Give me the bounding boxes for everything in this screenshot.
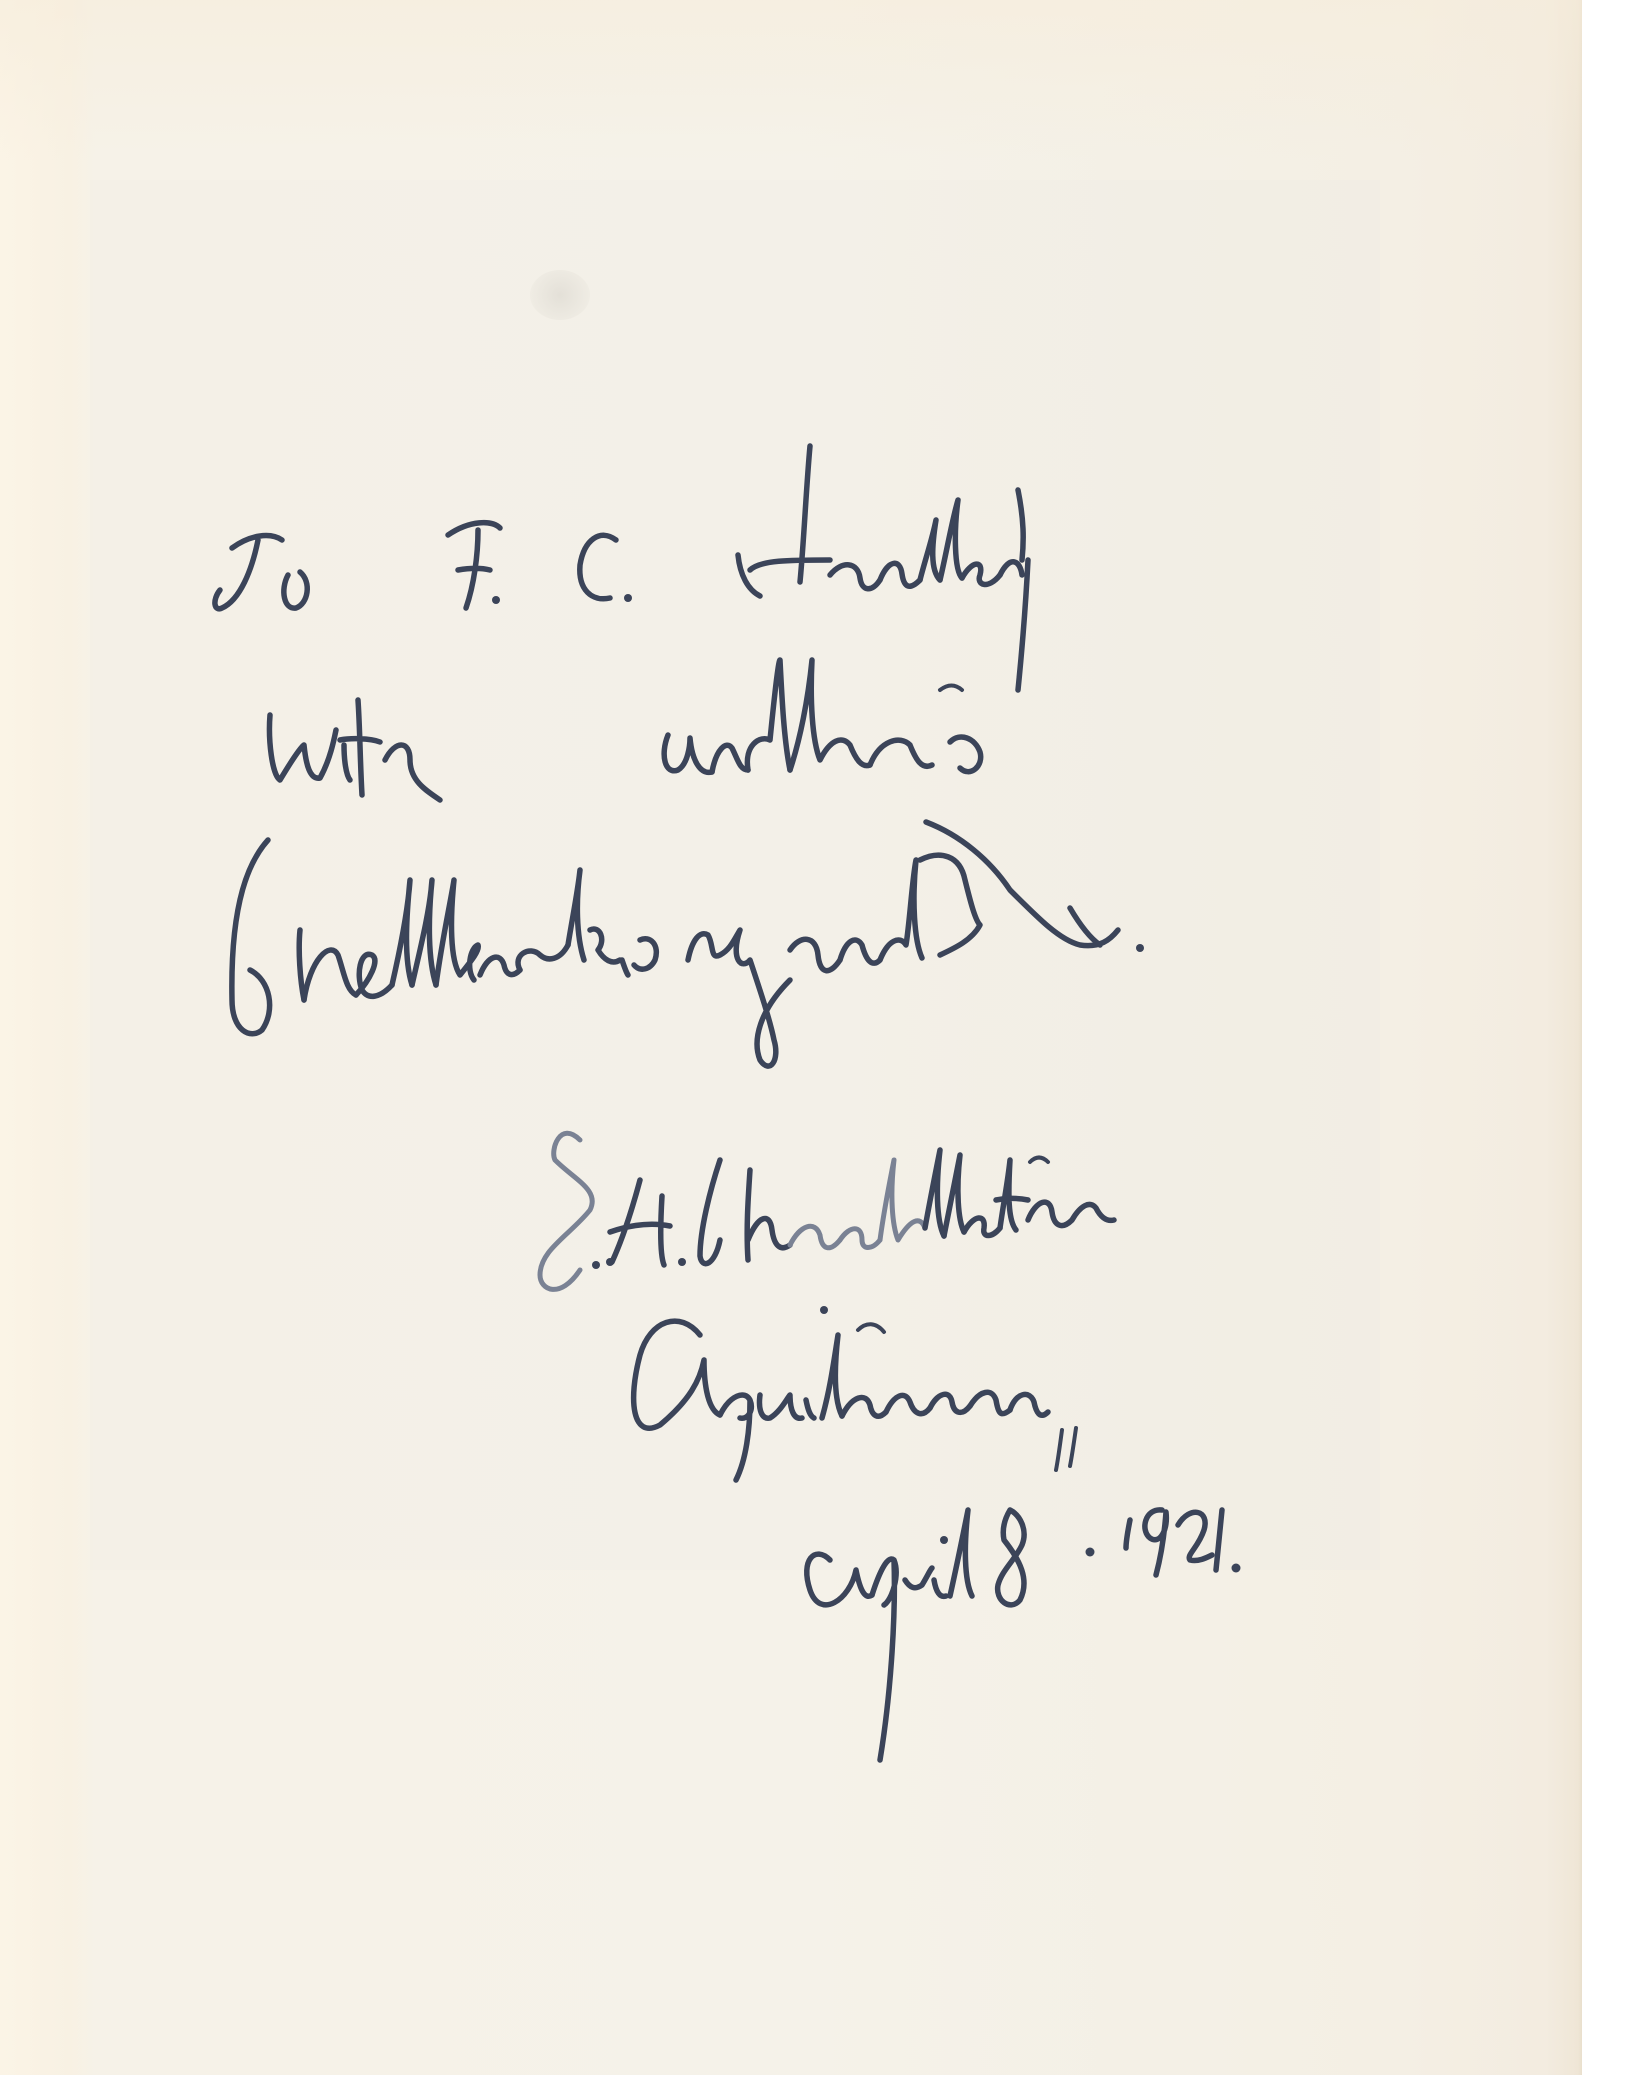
handwriting [0, 0, 1625, 2075]
inscription-line-1 [215, 446, 1028, 690]
date-line [807, 1428, 1241, 1760]
inscription-line-3 [232, 822, 1144, 1066]
inscription-line-2 [269, 660, 980, 800]
signature-line [540, 1133, 1114, 1289]
place-line [634, 1306, 1048, 1480]
